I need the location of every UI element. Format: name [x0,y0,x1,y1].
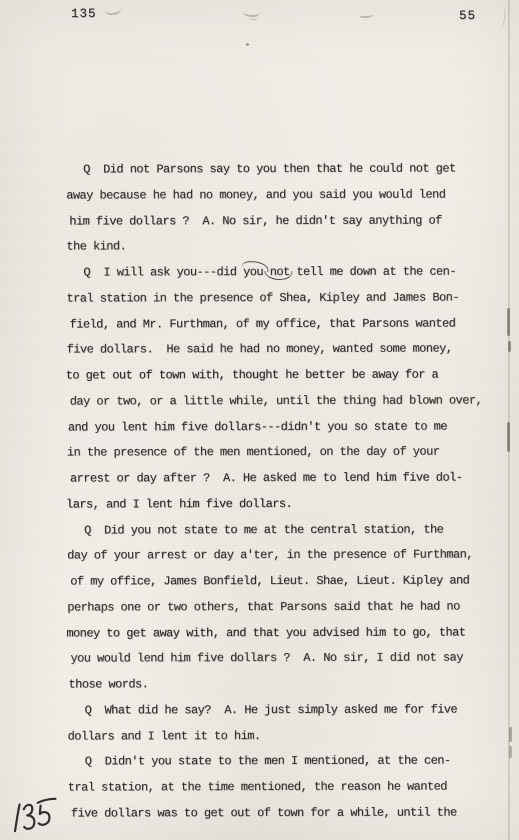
transcript-line: away because he had no money, and you sa… [66,182,487,209]
transcript-line: five dollars. He said he had no money, w… [67,337,488,364]
qa-paragraph: Q What did he say? A. He just simply ask… [69,697,489,750]
page-number-left: 135 [71,7,97,21]
transcript-line: Q Did you not state to me at the central… [68,517,488,544]
transcript-line: day of your arrest or day a'ter, in the … [67,543,488,570]
smudge-mark [359,10,373,19]
pen-annotation-over: you [243,265,263,279]
edge-mark [508,341,511,352]
transcript-line: tral station, at the time mentioned, the… [68,774,489,801]
transcript-line: lars, and I lent him five dollars. [66,491,488,518]
transcript-line: dollars and I lent it to him. [68,723,489,750]
transcript-line: of my office, James Bonfield, Lieut. Sha… [70,568,488,595]
transcript-line: perhaps one or two others, that Parsons … [67,594,488,621]
smudge-mark [249,14,257,20]
transcript-line: five dollars was to get out of town for … [71,800,489,827]
qa-paragraph: Q Did you not state to me at the central… [68,517,488,698]
transcript-line: him five dollars ? A. No sir, he didn't … [69,208,487,235]
transcript-line: tral station in the presence of Shea, Ki… [66,285,487,312]
edge-mark [509,727,512,742]
smudge-mark [243,4,261,17]
page-number-right: 55 [459,9,476,23]
smudge-mark [495,6,507,31]
handwritten-page-number [5,792,67,839]
transcript-line: in the presence of the men mentioned, on… [67,440,488,467]
edge-mark [507,422,510,452]
qa-paragraph: Q Didn't you state to the men I mentione… [69,749,489,827]
line-segment: Q I will ask you---did [83,265,243,279]
transcript: Q Did not Parsons say to you then that h… [67,156,489,827]
qa-paragraph: Q I will ask you---did you not tell me d… [67,259,488,518]
transcript-line: you would lend him five dollars ? A. No … [70,646,488,673]
line-segment: tell me down at the cen- [290,265,456,279]
smudge-mark [104,3,121,16]
transcript-line: those words. [68,671,488,698]
transcript-line: to get out of town with, thought he bett… [66,362,488,389]
transcript-line: Q Did not Parsons say to you then that h… [67,156,487,183]
smudge-mark [246,43,249,46]
transcript-line: the kind. [66,234,487,261]
transcript-line: Q I will ask you---did you not tell me d… [67,259,487,286]
transcript-line: and you lent him five dollars---didn't y… [68,414,488,441]
edge-mark [509,746,512,758]
edge-mark [507,308,510,336]
transcript-line: money to get away with, and that you adv… [66,620,488,647]
transcript-line: day or two, or a little while, until the… [70,388,488,415]
transcript-line: Q Didn't you state to the men I mentione… [69,749,489,776]
scanned-transcript-page: 135 55 Q Did not Parsons say to you then… [0,0,519,840]
transcript-line: Q What did he say? A. He just simply ask… [69,697,489,724]
qa-paragraph: Q Did not Parsons say to you then that h… [67,156,487,260]
scan-edge-line [508,0,510,840]
pen-annotation-under: not [270,265,290,279]
transcript-line: arrest or day after ? A. He asked me to … [70,465,488,492]
transcript-line: field, and Mr. Furthman, of my office, t… [70,311,488,338]
